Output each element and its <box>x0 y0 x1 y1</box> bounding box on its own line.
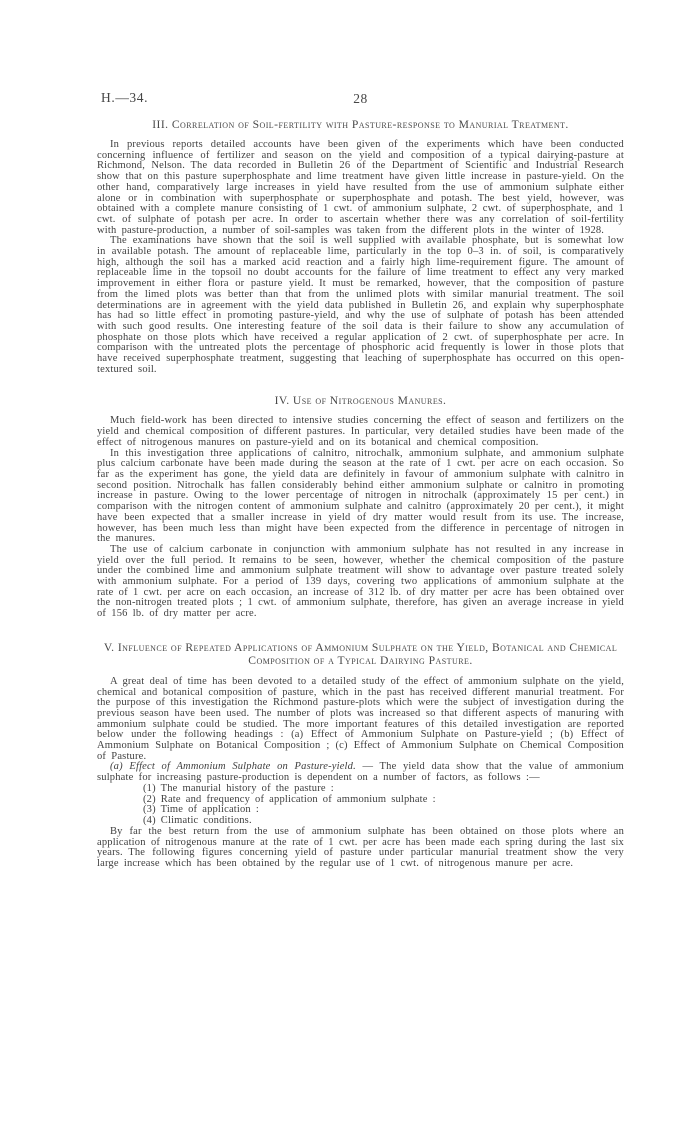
paragraph: The use of calcium carbonate in conjunct… <box>97 545 624 620</box>
subsection-lead: (a) Effect of Ammonium Sulphate on Pastu… <box>97 762 624 783</box>
section-iii-heading: III. Correlation of Soil-fertility with … <box>97 118 624 131</box>
page-number: 28 <box>97 91 624 107</box>
section-iv: IV. Use of Nitrogenous Manures. Much fie… <box>97 394 624 619</box>
document-page: H.—34. 28 III. Correlation of Soil-ferti… <box>0 0 700 1124</box>
numbered-list: (1) The manurial history of the pasture … <box>97 784 624 827</box>
paragraph: A great deal of time has been devoted to… <box>97 677 624 763</box>
section-iv-heading: IV. Use of Nitrogenous Manures. <box>97 394 624 407</box>
paragraph: The examinations have shown that the soi… <box>97 236 624 375</box>
section-iii: III. Correlation of Soil-fertility with … <box>97 118 624 375</box>
page-header: H.—34. 28 <box>97 90 624 106</box>
italic-subheading: (a) Effect of Ammonium Sulphate on Pastu… <box>110 761 356 772</box>
paragraph: In previous reports detailed accounts ha… <box>97 140 624 236</box>
closing-paragraph: By far the best return from the use of a… <box>97 827 624 870</box>
paragraph: Much field-work has been directed to int… <box>97 416 624 448</box>
paragraph: In this investigation three applications… <box>97 449 624 545</box>
section-v: V. Influence of Repeated Applications of… <box>97 641 624 870</box>
section-v-heading: V. Influence of Repeated Applications of… <box>97 641 624 667</box>
